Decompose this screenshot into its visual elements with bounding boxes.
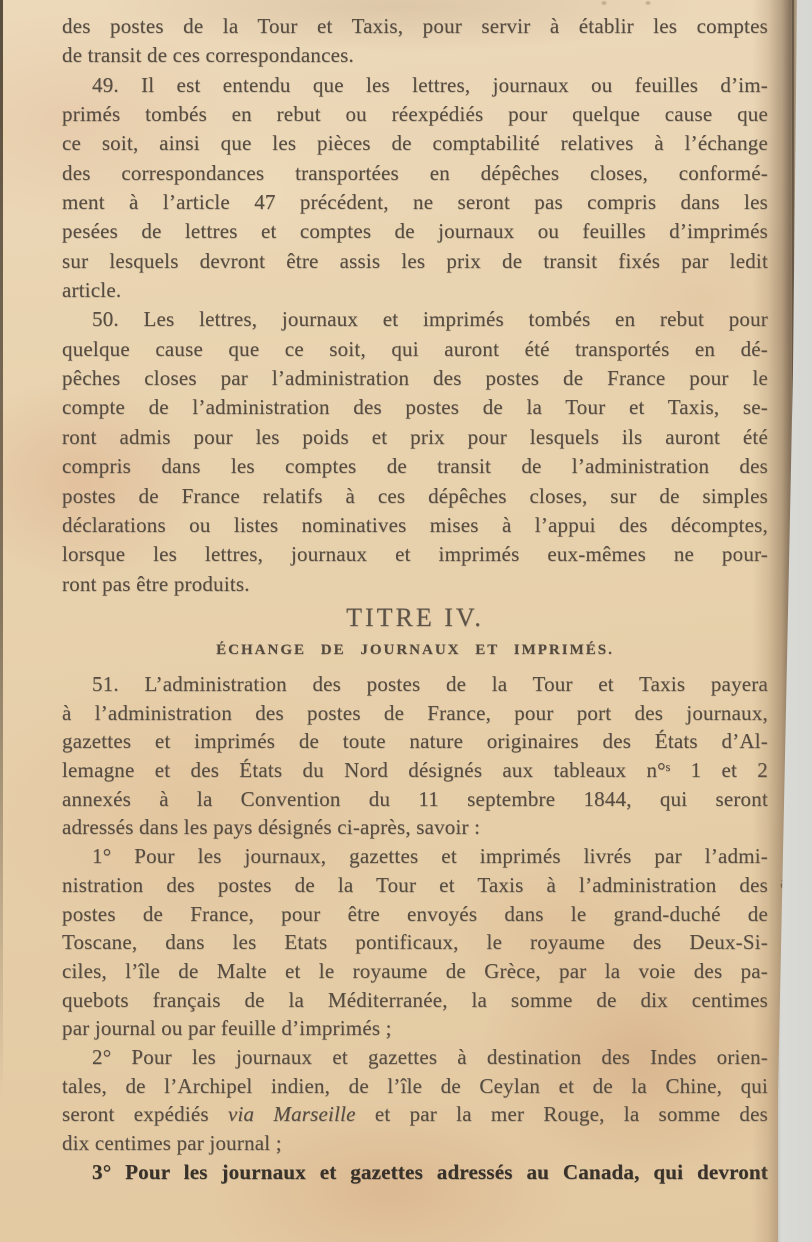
text-line: à l’administration des postes de France,… [62,699,768,728]
page-left-edge-shadow [0,0,3,1100]
text-line: nistration des postes de la Tour et Taxi… [62,871,768,900]
text-line: gazettes et imprimés de toute nature ori… [62,727,768,756]
text-line: article. [62,276,768,305]
item-2-start-line: 2° Pour les journaux et gazettes à desti… [62,1043,768,1072]
text-line: des postes de la Tour et Taxis, pour ser… [62,12,768,41]
item-1-start-line: 1° Pour les journaux, gazettes et imprim… [62,842,768,871]
text-line-with-italic: seront expédiés via Marseille et par la … [62,1100,768,1129]
text-line: pêches closes par l’administration des p… [62,364,768,393]
text-line: dix centimes par journal ; [62,1129,768,1158]
item-3-start-line: 3° Pour les journaux et gazettes adressé… [62,1158,768,1187]
lower-text-section: 51. L’administration des postes de la To… [62,670,768,1187]
text-line: postes de France, pour être envoyés dans… [62,900,768,929]
text-line: primés tombés en rebut ou réexpédiés pou… [62,100,768,129]
text-line: compris dans les comptes de transit de l… [62,452,768,481]
text-line: ment à l’article 47 précédent, ne seront… [62,188,768,217]
article-49-start-line: 49. Il est entendu que les lettres, jour… [62,71,768,100]
page-text-block: des postes de la Tour et Taxis, pour ser… [62,12,768,1187]
text-line: sur lesquels devront être assis les prix… [62,247,768,276]
text-line: Toscane, dans les Etats pontificaux, le … [62,928,768,957]
text-line: de transit de ces correspondances. [62,41,768,70]
text-line: pesées de lettres et comptes de journaux… [62,217,768,246]
text-segment: seront expédiés [62,1102,228,1126]
section-title: TITRE IV. [62,601,768,635]
text-line: quebots français de la Méditerranée, la … [62,986,768,1015]
scanned-book-page: des postes de la Tour et Taxis, pour ser… [0,0,812,1242]
text-line: des correspondances transportées en dépê… [62,159,768,188]
text-segment: et par la mer Rouge, la somme des [356,1102,768,1126]
text-line: ront admis pour les poids et prix pour l… [62,423,768,452]
text-line: par journal ou par feuille d’imprimés ; [62,1014,768,1043]
text-line: compte de l’administration des postes de… [62,393,768,422]
article-51-start-line: 51. L’administration des postes de la To… [62,670,768,699]
text-line: tales, de l’Archipel indien, de l’île de… [62,1072,768,1101]
text-line: lorsque les lettres, journaux et imprimé… [62,540,768,569]
text-line: postes de France relatifs à ces dépêches… [62,482,768,511]
text-line: annexés à la Convention du 11 septembre … [62,785,768,814]
text-line: adressés dans les pays désignés ci-après… [62,813,768,842]
upper-text-section: des postes de la Tour et Taxis, pour ser… [62,12,768,599]
text-line: lemagne et des États du Nord désignés au… [62,756,768,785]
text-line: quelque cause que ce soit, qui auront ét… [62,335,768,364]
article-50-start-line: 50. Les lettres, journaux et imprimés to… [62,305,768,334]
italic-text-segment: via Marseille [228,1102,356,1126]
text-line: ront pas être produits. [62,570,768,599]
text-line: déclarations ou listes nominatives mises… [62,511,768,540]
text-line: ce soit, ainsi que les pièces de comptab… [62,129,768,158]
text-line: ciles, l’île de Malte et le royaume de G… [62,957,768,986]
cropped-header-fragment [596,0,660,8]
section-subtitle: ÉCHANGE DE JOURNAUX ET IMPRIMÉS. [62,640,768,660]
